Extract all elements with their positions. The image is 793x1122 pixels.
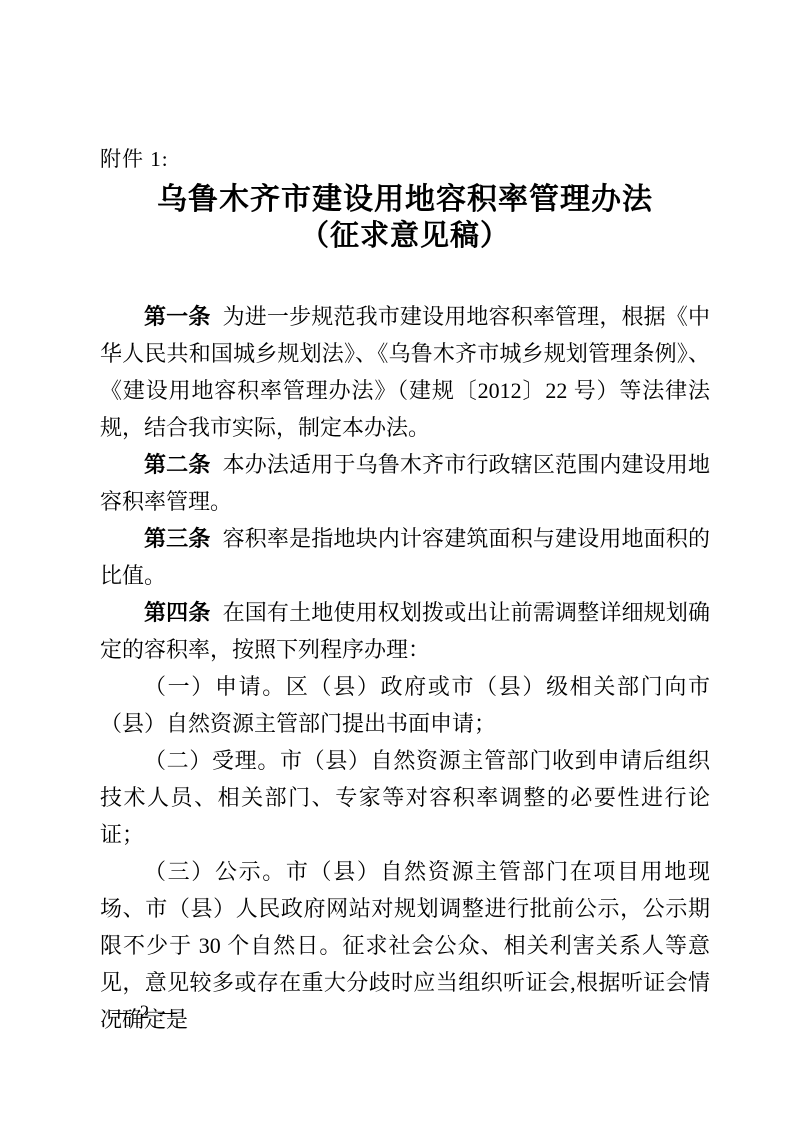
- article-2-paragraph: 第二条本办法适用于乌鲁木齐市行政辖区范围内建设用地容积率管理。: [100, 446, 710, 520]
- attachment-label: 附件 1:: [100, 146, 710, 172]
- document-page: 附件 1: 乌鲁木齐市建设用地容积率管理办法 （征求意见稿） 第一条为进一步规范…: [0, 0, 793, 1122]
- list-item-1-paragraph: （一）申请。区（县）政府或市（县）级相关部门向市（县）自然资源主管部门提出书面申…: [100, 668, 710, 742]
- list-item-2-text: （二）受理。市（县）自然资源主管部门收到申请后组织技术人员、相关部门、专家等对容…: [100, 748, 710, 847]
- article-1-label: 第一条: [144, 304, 211, 329]
- document-title: 乌鲁木齐市建设用地容积率管理办法: [100, 182, 710, 218]
- article-1-paragraph: 第一条为进一步规范我市建设用地容积率管理，根据《中华人民共和国城乡规划法》、《乌…: [100, 298, 710, 446]
- page-number: — 2 —: [112, 1002, 179, 1024]
- article-3-label: 第三条: [144, 526, 211, 551]
- document-body: 第一条为进一步规范我市建设用地容积率管理，根据《中华人民共和国城乡规划法》、《乌…: [100, 298, 710, 1038]
- list-item-2-paragraph: （二）受理。市（县）自然资源主管部门收到申请后组织技术人员、相关部门、专家等对容…: [100, 742, 710, 853]
- article-4-label: 第四条: [144, 600, 211, 625]
- document-subtitle: （征求意见稿）: [100, 218, 710, 254]
- article-3-paragraph: 第三条容积率是指地块内计容建筑面积与建设用地面积的比值。: [100, 520, 710, 594]
- list-item-1-text: （一）申请。区（县）政府或市（县）级相关部门向市（县）自然资源主管部门提出书面申…: [100, 674, 710, 736]
- list-item-3-paragraph: （三）公示。市（县）自然资源主管部门在项目用地现场、市（县）人民政府网站对规划调…: [100, 853, 710, 1038]
- article-4-paragraph: 第四条在国有土地使用权划拨或出让前需调整详细规划确定的容积率，按照下列程序办理：: [100, 594, 710, 668]
- list-item-3-text: （三）公示。市（县）自然资源主管部门在项目用地现场、市（县）人民政府网站对规划调…: [100, 859, 710, 1032]
- article-2-label: 第二条: [144, 452, 211, 477]
